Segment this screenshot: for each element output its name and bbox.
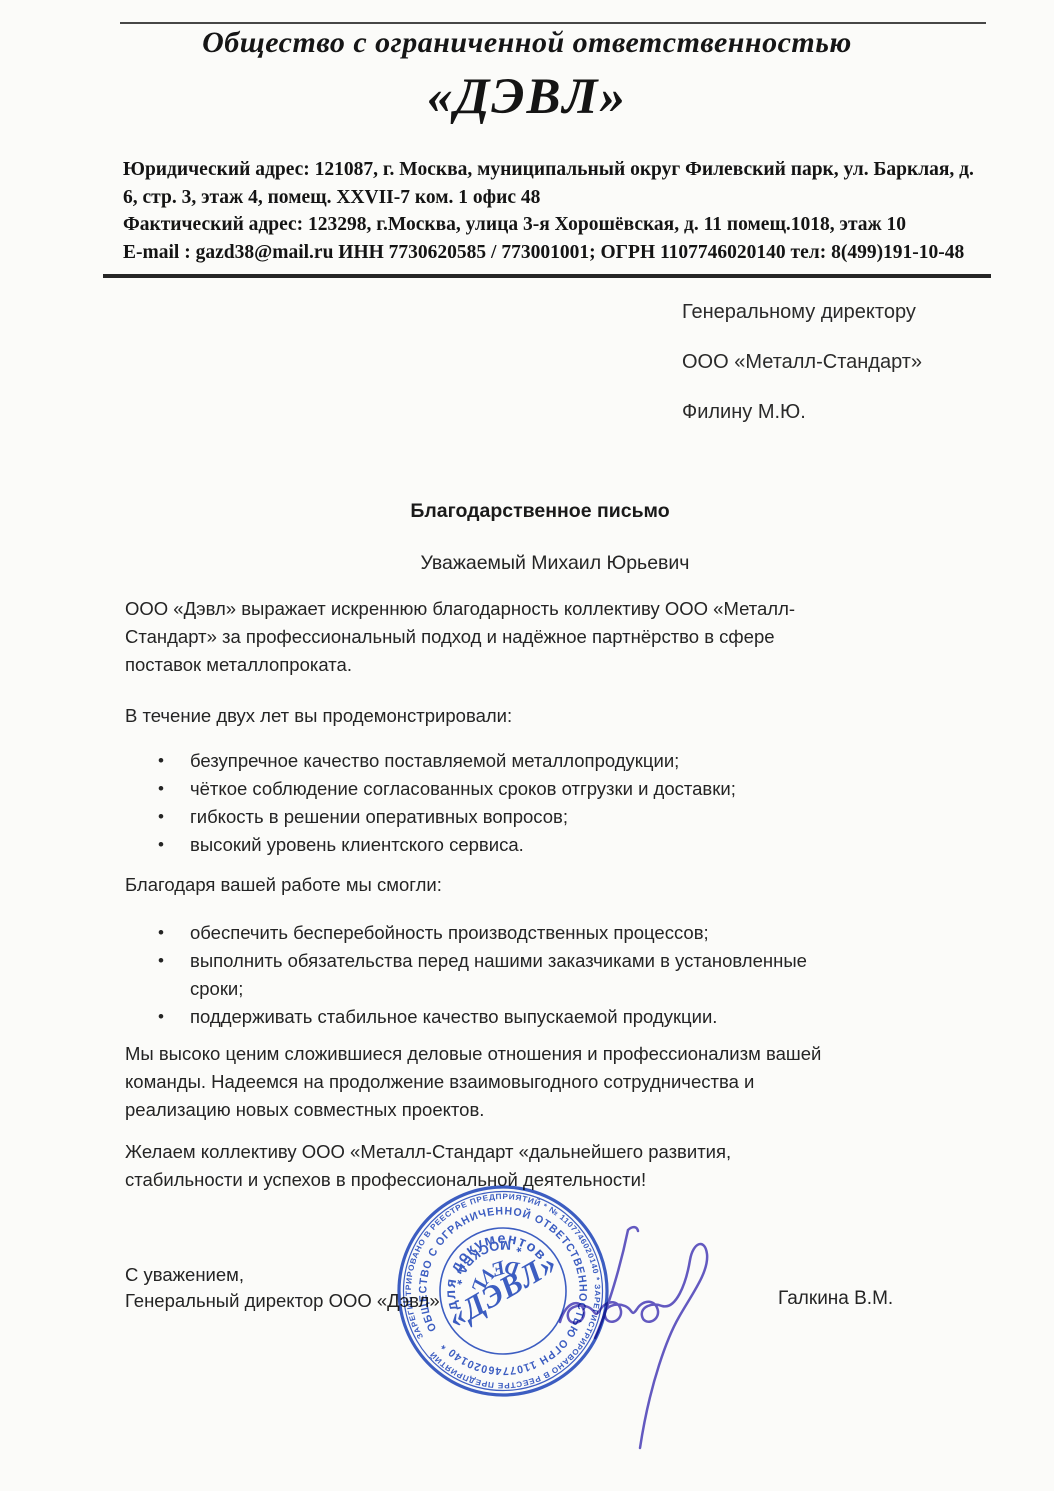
handwritten-signature [478,1222,778,1460]
scanned-letter-page: Общество с ограниченной ответственностью… [0,0,1054,1491]
bullet-text: гибкость в решении оперативных вопросов; [190,803,568,831]
signature-loops [560,1244,707,1448]
recipient-line: ООО «Металл-Стандарт» [682,351,922,374]
bullet-text: чёткое соблюдение согласованных сроков о… [190,775,736,803]
bullet-text: безупречное качество поставляемой металл… [190,747,679,775]
signatory-name: Галкина В.М. [778,1288,893,1310]
org-name: «ДЭВЛ» [0,68,1054,126]
bullet-text: выполнить обязательства перед нашими зак… [190,947,807,1003]
bullet-item: • поддерживать стабильное качество выпус… [158,1003,958,1031]
bullet-item: • гибкость в решении оперативных вопросо… [158,803,958,831]
bullet-item: • безупречное качество поставляемой мета… [158,747,958,775]
bullet-dot: • [158,831,190,859]
list-heading-2: Благодаря вашей работе мы смогли: [125,871,970,899]
bullet-list-1: • безупречное качество поставляемой мета… [158,747,958,859]
org-type-line: Общество с ограниченной ответственностью [0,26,1054,60]
bullet-item: • высокий уровень клиентского сервиса. [158,831,958,859]
address-line: E-mail : gazd38@mail.ru ИНН 7730620585 /… [123,239,998,267]
bullet-list-2: • обеспечить бесперебойность производств… [158,919,958,1031]
bullet-dot: • [158,803,190,831]
letterhead-top-rule [120,22,986,24]
recipient-line: Генеральному директору [682,301,922,324]
bullet-dot: • [158,1003,190,1031]
address-block: Юридический адрес: 121087, г. Москва, му… [123,156,998,266]
bullet-item: • выполнить обязательства перед нашими з… [158,947,958,1003]
address-line: 6, стр. 3, этаж 4, помещ. XXVII-7 ком. 1… [123,184,998,212]
bullet-dot: • [158,919,190,947]
salutation: Уважаемый Михаил Юрьевич [0,552,1054,575]
bullet-item: • обеспечить бесперебойность производств… [158,919,958,947]
bullet-dot: • [158,775,190,803]
bullet-text: высокий уровень клиентского сервиса. [190,831,524,859]
bullet-text: обеспечить бесперебойность производствен… [190,919,709,947]
letterhead-divider [103,274,991,278]
recipient-line: Филину М.Ю. [682,401,922,424]
bullet-text: поддерживать стабильное качество выпуска… [190,1003,717,1031]
bullet-item: • чёткое соблюдение согласованных сроков… [158,775,958,803]
address-line: Юридический адрес: 121087, г. Москва, му… [123,156,998,184]
recipient-block: Генеральному директору ООО «Металл-Станд… [682,301,922,451]
letter-title: Благодарственное письмо [0,500,1054,523]
paragraph-appreciation: Мы высоко ценим сложившиеся деловые отно… [125,1040,970,1124]
address-line: Фактический адрес: 123298, г.Москва, ули… [123,211,998,239]
bullet-dot: • [158,747,190,775]
list-heading-1: В течение двух лет вы продемонстрировали… [125,702,970,730]
bullet-dot: • [158,947,190,1003]
paragraph-intro: ООО «Дэвл» выражает искреннюю благодарно… [125,595,970,679]
